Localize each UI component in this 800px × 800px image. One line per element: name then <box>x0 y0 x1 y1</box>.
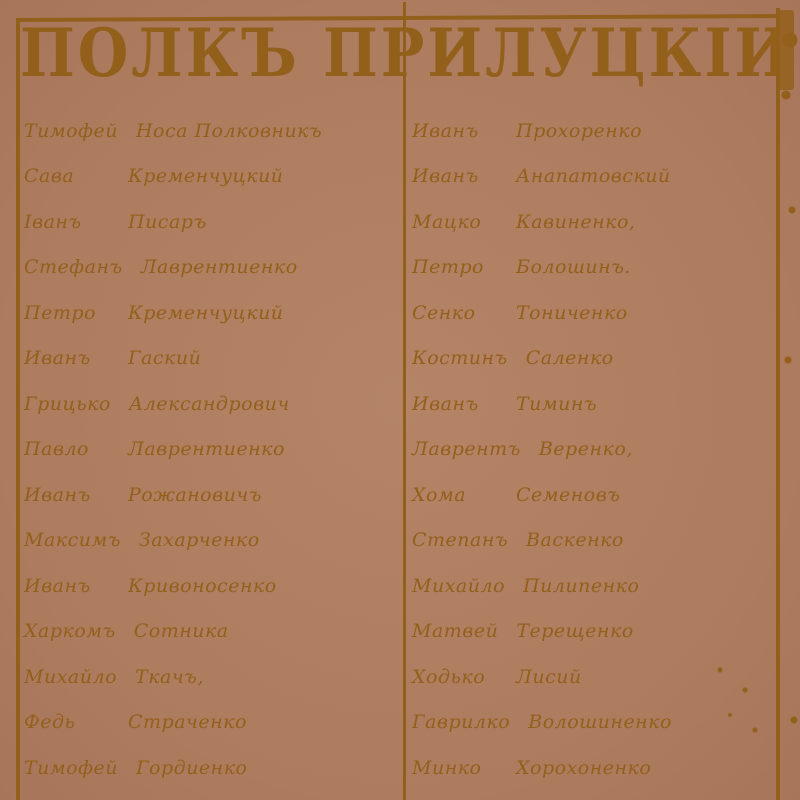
surname: Захарченко <box>139 529 260 551</box>
given-name: Павло <box>24 438 110 460</box>
surname: Кременчуцкий <box>128 302 284 324</box>
surname: Лисий <box>516 666 582 688</box>
surname: Носа Полковникъ <box>136 120 322 142</box>
surname: Волошиненко <box>528 711 672 733</box>
edge-damage-specks <box>780 0 800 800</box>
surname: Саленко <box>526 347 614 369</box>
surname: Прохоренко <box>516 120 642 142</box>
name-entry: ХодькоЛисий <box>412 654 772 700</box>
name-entry: ХомаСеменовъ <box>412 472 772 518</box>
surname: Тониченко <box>516 302 628 324</box>
name-entry: СтепанъВаскенко <box>412 518 772 564</box>
surname: Страченко <box>128 711 247 733</box>
left-name-column: ТимофейНоса ПолковникъСаваКременчуцкийІв… <box>24 108 399 791</box>
surname: Ткачъ, <box>135 666 204 688</box>
surname: Терещенко <box>516 620 633 642</box>
name-entry: СенкоТониченко <box>412 290 772 336</box>
given-name: Сенко <box>412 302 498 324</box>
surname: Лаврентиенко <box>141 256 298 278</box>
name-entry: ИванъПрохоренко <box>412 108 772 154</box>
name-entry: ПетроБолошинъ. <box>412 245 772 291</box>
title-text: ПОЛКЪ ПРИЛУЦКІИ <box>20 20 776 87</box>
name-entry: МатвейТерещенко <box>412 609 772 655</box>
name-entry: МаксимъЗахарченко <box>24 518 399 564</box>
given-name: Ходько <box>412 666 498 688</box>
surname: Рожановичъ <box>128 484 262 506</box>
name-entry: ИванъКривоносенко <box>24 563 399 609</box>
surname: Лаврентиенко <box>128 438 285 460</box>
surname: Сотника <box>134 620 229 642</box>
surname: Кривоносенко <box>128 575 277 597</box>
name-entry: МинкоХорохоненко <box>412 745 772 791</box>
name-entry: ІванъПисаръ <box>24 199 399 245</box>
given-name: Степанъ <box>412 529 508 551</box>
surname: Александрович <box>129 393 290 415</box>
given-name: Петро <box>412 256 498 278</box>
name-entry: ТимофейНоса Полковникъ <box>24 108 399 154</box>
name-entry: ИванъРожановичъ <box>24 472 399 518</box>
given-name: Михайло <box>412 575 505 597</box>
name-entry: ИванъТиминъ <box>412 381 772 427</box>
name-entry: МихайлоТкачъ, <box>24 654 399 700</box>
surname: Гордиенко <box>136 757 248 779</box>
given-name: Иванъ <box>412 393 498 415</box>
name-entry: ФедьСтраченко <box>24 700 399 746</box>
right-name-column: ИванъПрохоренкоИванъАнапатовскийМацкоКав… <box>412 108 772 791</box>
column-divider-rule <box>403 2 406 800</box>
name-entry: МихайлоПилипенко <box>412 563 772 609</box>
given-name: Тимофей <box>24 757 118 779</box>
name-entry: ЛаврентъВеренко, <box>412 427 772 473</box>
document-title: ПОЛКЪ ПРИЛУЦКІИ <box>20 13 776 94</box>
given-name: Лаврентъ <box>412 438 521 460</box>
surname: Веренко, <box>539 438 633 460</box>
name-entry: СтефанъЛаврентиенко <box>24 245 399 291</box>
frame-left-rule <box>16 18 20 800</box>
surname: Тиминъ <box>516 393 597 415</box>
name-entry: ХаркомъСотника <box>24 609 399 655</box>
surname: Болошинъ. <box>516 256 631 278</box>
given-name: Грицько <box>24 393 111 415</box>
surname: Анапатовский <box>516 165 671 187</box>
given-name: Стефанъ <box>24 256 123 278</box>
given-name: Сава <box>24 165 110 187</box>
given-name: Иванъ <box>24 575 110 597</box>
given-name: Иванъ <box>24 484 110 506</box>
given-name: Костинъ <box>412 347 508 369</box>
given-name: Хома <box>412 484 498 506</box>
surname: Хорохоненко <box>516 757 651 779</box>
surname: Писаръ <box>128 211 207 233</box>
given-name: Максимъ <box>24 529 121 551</box>
given-name: Иванъ <box>412 120 498 142</box>
surname: Семеновъ <box>516 484 620 506</box>
given-name: Минко <box>412 757 498 779</box>
given-name: Мацко <box>412 211 498 233</box>
name-entry: ИванъГаский <box>24 336 399 382</box>
name-entry: ГрицькоАлександрович <box>24 381 399 427</box>
given-name: Гаврилко <box>412 711 510 733</box>
given-name: Тимофей <box>24 120 118 142</box>
surname: Васкенко <box>526 529 624 551</box>
surname: Кавиненко, <box>516 211 635 233</box>
manuscript-page: ПОЛКЪ ПРИЛУЦКІИ ТимофейНоса ПолковникъСа… <box>0 0 800 800</box>
name-entry: ИванъАнапатовский <box>412 154 772 200</box>
given-name: Федь <box>24 711 110 733</box>
given-name: Иванъ <box>412 165 498 187</box>
name-entry: ПавлоЛаврентиенко <box>24 427 399 473</box>
given-name: Петро <box>24 302 110 324</box>
name-entry: СаваКременчуцкий <box>24 154 399 200</box>
name-entry: ТимофейГордиенко <box>24 745 399 791</box>
name-entry: ГаврилкоВолошиненко <box>412 700 772 746</box>
surname: Гаский <box>128 347 201 369</box>
name-entry: КостинъСаленко <box>412 336 772 382</box>
given-name: Іванъ <box>24 211 110 233</box>
name-entry: ПетроКременчуцкий <box>24 290 399 336</box>
given-name: Матвей <box>412 620 498 642</box>
given-name: Иванъ <box>24 347 110 369</box>
name-entry: МацкоКавиненко, <box>412 199 772 245</box>
given-name: Харкомъ <box>24 620 116 642</box>
surname: Кременчуцкий <box>128 165 284 187</box>
surname: Пилипенко <box>523 575 639 597</box>
given-name: Михайло <box>24 666 117 688</box>
